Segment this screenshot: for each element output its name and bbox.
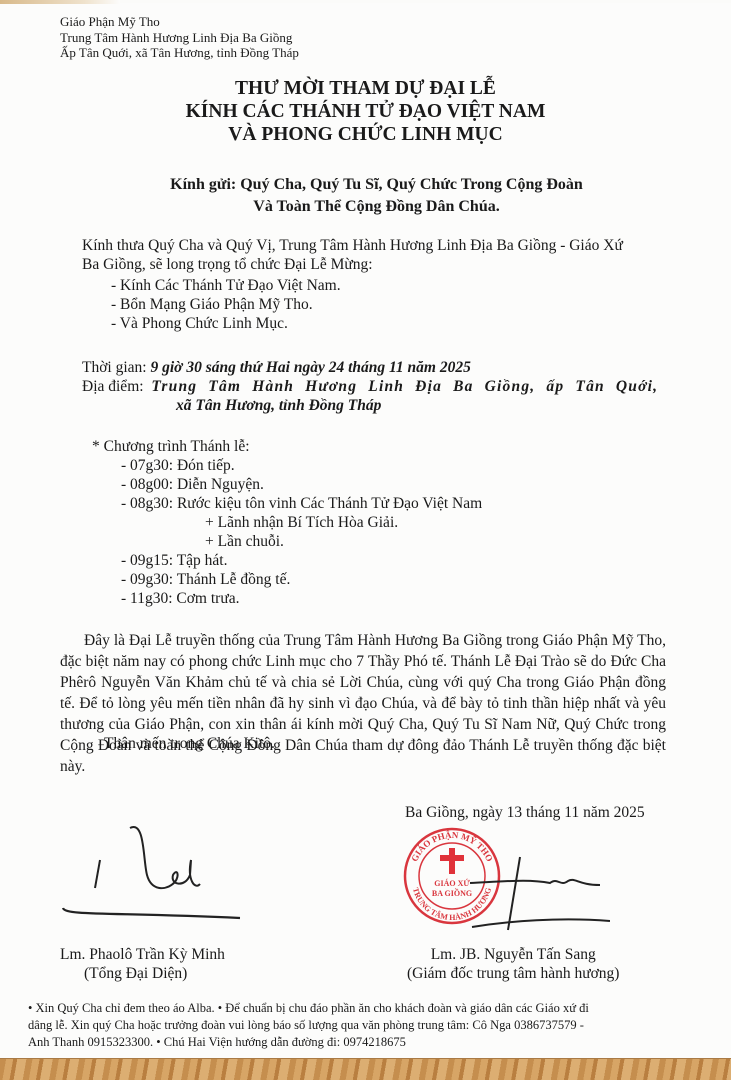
table-background-bottom [0,1058,731,1080]
title-line: VÀ PHONG CHỨC LINH MỤC [0,123,731,146]
recipient-line: Kính gửi: Quý Cha, Quý Tu Sĩ, Quý Chức T… [22,174,731,196]
closing: Thân mến trong Chúa Kitô. [104,734,275,753]
event-time: Thời gian: 9 giờ 30 sáng thứ Hai ngày 24… [82,358,471,377]
table-background-top [0,0,120,4]
place-value: xã Tân Hương, tỉnh Đồng Tháp [176,397,381,414]
time-label: Thời gian: [82,359,150,376]
dateline: Ba Giồng, ngày 13 tháng 11 năm 2025 [405,803,645,822]
signatory-name: Lm. JB. Nguyễn Tấn Sang [407,945,619,964]
program-title: * Chương trình Thánh lễ: [92,437,250,456]
signatory-right: Lm. JB. Nguyễn Tấn Sang (Giám đốc trung … [407,945,619,983]
program-subitem: + Lãnh nhận Bí Tích Hòa Giải. [121,513,482,532]
list-item: - Kính Các Thánh Tử Đạo Việt Nam. [111,276,341,295]
footer-line: dâng lễ. Xin quý Cha hoặc trưởng đoàn vu… [28,1017,589,1034]
letterhead: Giáo Phận Mỹ Tho Trung Tâm Hành Hương Li… [60,14,299,61]
event-place: Địa điểm: Trung Tâm Hành Hương Linh Địa … [82,377,658,396]
document-title: THƯ MỜI THAM DỰ ĐẠI LỄ KÍNH CÁC THÁNH TỬ… [0,77,731,146]
title-line: KÍNH CÁC THÁNH TỬ ĐẠO VIỆT NAM [0,100,731,123]
invitation-paragraph: Đây là Đại Lễ truyền thống của Trung Tâm… [60,630,666,777]
program-subitem: + Lần chuỗi. [121,532,482,551]
svg-text:BA GIỒNG: BA GIỒNG [432,888,472,898]
time-value: 9 giờ 30 sáng thứ Hai ngày 24 tháng 11 n… [150,359,470,376]
program-item: - 08g00: Diễn Nguyện. [121,475,482,494]
signature-right [470,855,610,945]
place-label: Địa điểm: [82,378,147,395]
footer-line: Anh Thanh 0915323300. • Chú Hai Viện hướ… [28,1034,589,1051]
paragraph-text: Đây là Đại Lễ truyền thống của Trung Tâm… [60,630,666,777]
signatory-role: (Tổng Đại Diện) [60,964,225,983]
footer-notes: • Xin Quý Cha chỉ đem theo áo Alba. • Để… [28,1000,589,1051]
footer-line: • Xin Quý Cha chỉ đem theo áo Alba. • Để… [28,1000,589,1017]
signatory-left: Lm. Phaolô Trần Kỳ Minh (Tổng Đại Diện) [60,945,225,983]
program-list: - 07g30: Đón tiếp. - 08g00: Diễn Nguyện.… [121,456,482,608]
svg-text:GIÁO XỨ: GIÁO XỨ [434,878,470,888]
letterhead-center: Trung Tâm Hành Hương Linh Địa Ba Giồng [60,30,299,46]
celebration-list: - Kính Các Thánh Tử Đạo Việt Nam. - Bổn … [111,276,341,333]
program-item: - 09g30: Thánh Lễ đồng tế. [121,570,482,589]
recipient-line: Và Toàn Thể Cộng Đồng Dân Chúa. [22,196,731,218]
program-item: - 07g30: Đón tiếp. [121,456,482,475]
list-item: - Bổn Mạng Giáo Phận Mỹ Tho. [111,295,341,314]
signatory-name: Lm. Phaolô Trần Kỳ Minh [60,945,225,964]
title-line: THƯ MỜI THAM DỰ ĐẠI LỄ [0,77,731,100]
program-item: - 09g15: Tập hát. [121,551,482,570]
program-item: - 08g30: Rước kiệu tôn vinh Các Thánh Tử… [121,494,482,513]
recipient: Kính gửi: Quý Cha, Quý Tu Sĩ, Quý Chức T… [0,174,731,217]
program-item: - 11g30: Cơm trưa. [121,589,482,608]
signature-left [55,820,255,920]
intro-line: Kính thưa Quý Cha và Quý Vị, Trung Tâm H… [82,236,623,255]
event-place-continued: xã Tân Hương, tỉnh Đồng Tháp [176,396,381,415]
intro-line: Ba Giồng, sẽ long trọng tổ chức Đại Lễ M… [82,255,623,274]
letterhead-address: Ấp Tân Quới, xã Tân Hương, tỉnh Đồng Thá… [60,45,299,61]
signatory-role: (Giám đốc trung tâm hành hương) [407,964,619,983]
list-item: - Và Phong Chức Linh Mục. [111,314,341,333]
intro-text: Kính thưa Quý Cha và Quý Vị, Trung Tâm H… [82,236,623,274]
letterhead-diocese: Giáo Phận Mỹ Tho [60,14,299,30]
place-value: Trung Tâm Hành Hương Linh Địa Ba Giồng, … [151,378,658,395]
